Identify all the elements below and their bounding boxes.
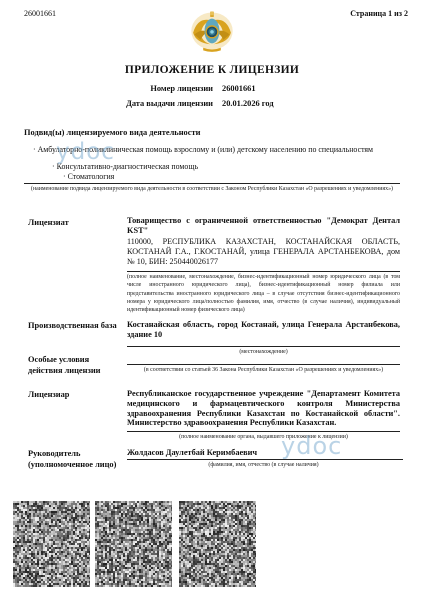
license-appendix-document: 26001661 Страница 1 из 2 ПРИЛОЖЕНИЕ К ЛИ… <box>0 0 424 600</box>
divider <box>24 183 400 184</box>
license-number-value: 26001661 <box>222 84 256 93</box>
licensee-footnote: (полное наименование, местонахождение, б… <box>127 273 400 314</box>
head-footnote: (фамилия, имя, отчество (в случае наличи… <box>127 461 400 469</box>
page-indicator: Страница 1 из 2 <box>350 9 408 18</box>
head-name: Жолдасов Даулетбай Керимбаевич <box>127 448 400 458</box>
special-conditions-label: Особые условия <box>28 355 89 364</box>
licensee-address: 110000, РЕСПУБЛИКА КАЗАХСТАН, КОСТАНАЙСК… <box>127 237 400 267</box>
head-label: Руководитель <box>28 449 80 458</box>
issue-date-value: 20.01.2026 год <box>222 99 274 108</box>
qr-code <box>13 501 90 587</box>
production-base-label: Производственная база <box>28 321 126 330</box>
licensee-label: Лицензиат <box>28 218 69 227</box>
divider <box>127 459 403 460</box>
licensor-label: Лицензиар <box>28 390 69 399</box>
licensee-name: Товарищество с ограниченной ответственно… <box>127 216 400 236</box>
divider <box>127 431 400 432</box>
divider <box>127 364 400 365</box>
subtypes-heading: Подвид(ы) лицензируемого вида деятельнос… <box>24 128 200 137</box>
subtype-item: · Консультативно-диагностическая помощь <box>52 162 198 171</box>
licensor-value: Республиканское государственное учрежден… <box>127 389 400 428</box>
special-conditions-footnote: (в соответствии со статьей 36 Закона Рес… <box>127 366 400 374</box>
special-conditions-label: действия лицензии <box>28 366 101 375</box>
head-label: (уполномоченное лицо) <box>28 460 116 469</box>
licensor-footnote: (полное наименование органа, выдавшего п… <box>127 433 400 441</box>
document-title: ПРИЛОЖЕНИЕ К ЛИЦЕНЗИИ <box>0 64 424 76</box>
kazakhstan-emblem-icon <box>190 8 234 54</box>
subtype-item: · Амбулаторно-поликлиническая помощь взр… <box>33 145 418 154</box>
subtypes-footnote: (наименование подвида лицензируемого вид… <box>24 185 400 193</box>
license-number-label: Номер лицензии <box>0 84 213 93</box>
production-base-footnote: (местонахождение) <box>127 348 400 356</box>
divider <box>127 271 400 272</box>
qr-code <box>179 501 256 587</box>
production-base-value: Костанайская область, город Костанай, ул… <box>127 320 400 340</box>
doc-number: 26001661 <box>24 9 56 18</box>
divider <box>127 346 400 347</box>
issue-date-label: Дата выдачи лицензии <box>0 99 213 108</box>
subtype-item: · Стоматология <box>63 172 114 181</box>
qr-code <box>95 501 172 587</box>
